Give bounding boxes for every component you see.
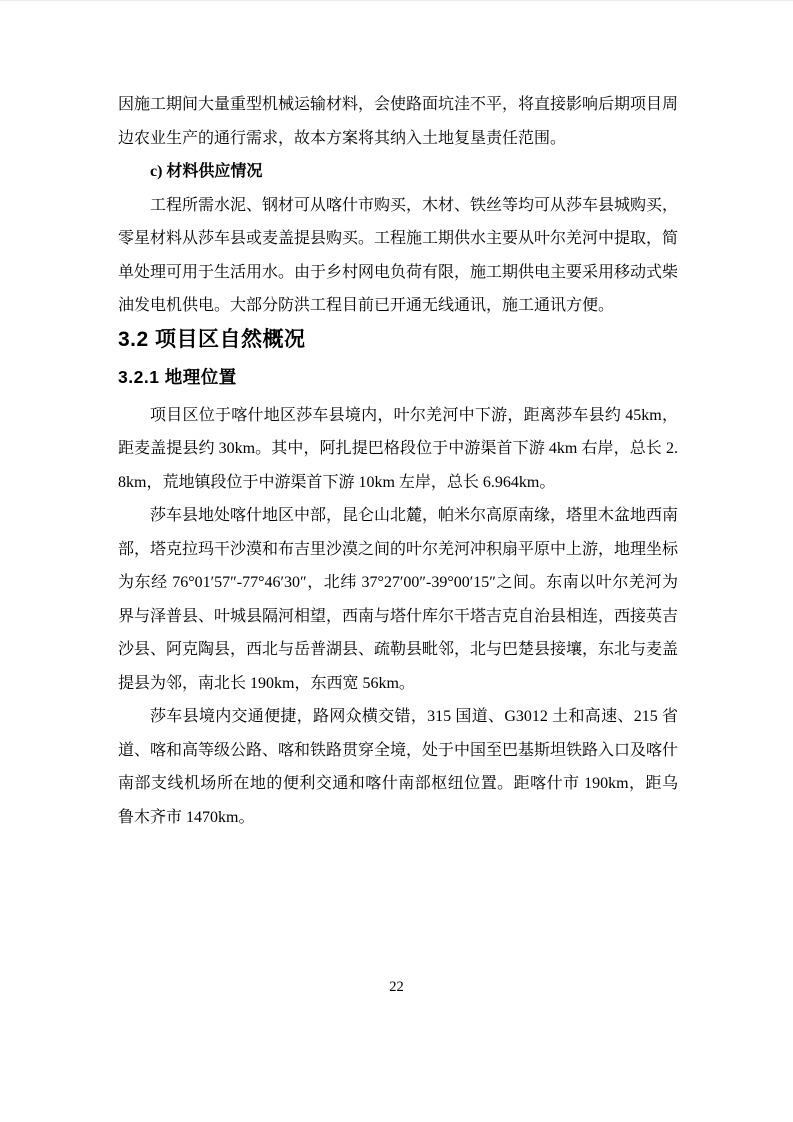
paragraph-project-location: 项目区位于喀什地区莎车县境内，叶尔羌河中下游，距离莎车县约 45km，距麦盖提县…: [118, 399, 678, 500]
heading-material-supply: c) 材料供应情况: [118, 155, 678, 189]
heading-section-natural-overview: 3.2 项目区自然概况: [118, 326, 678, 354]
paragraph-construction-impact: 因施工期间大量重型机械运输材料，会使路面坑洼不平，将直接影响后期项目周边农业生产…: [118, 88, 678, 155]
paragraph-material-supply: 工程所需水泥、钢材可从喀什市购买，木材、铁丝等均可从莎车县城购买，零星材料从莎车…: [118, 189, 678, 323]
document-body: 因施工期间大量重型机械运输材料，会使路面坑洼不平，将直接影响后期项目周边农业生产…: [118, 88, 678, 834]
paragraph-transportation: 莎车县境内交通便捷，路网众横交错，315 国道、G3012 土和高速、215 省…: [118, 700, 678, 834]
paragraph-county-geography: 莎车县地处喀什地区中部，昆仑山北麓，帕米尔高原南缘，塔里木盆地西南部，塔克拉玛干…: [118, 499, 678, 700]
heading-subsection-geographic-location: 3.2.1 地理位置: [118, 365, 678, 390]
document-page: 因施工期间大量重型机械运输材料，会使路面坑洼不平，将直接影响后期项目周边农业生产…: [0, 0, 793, 1122]
page-number: 22: [0, 977, 793, 997]
